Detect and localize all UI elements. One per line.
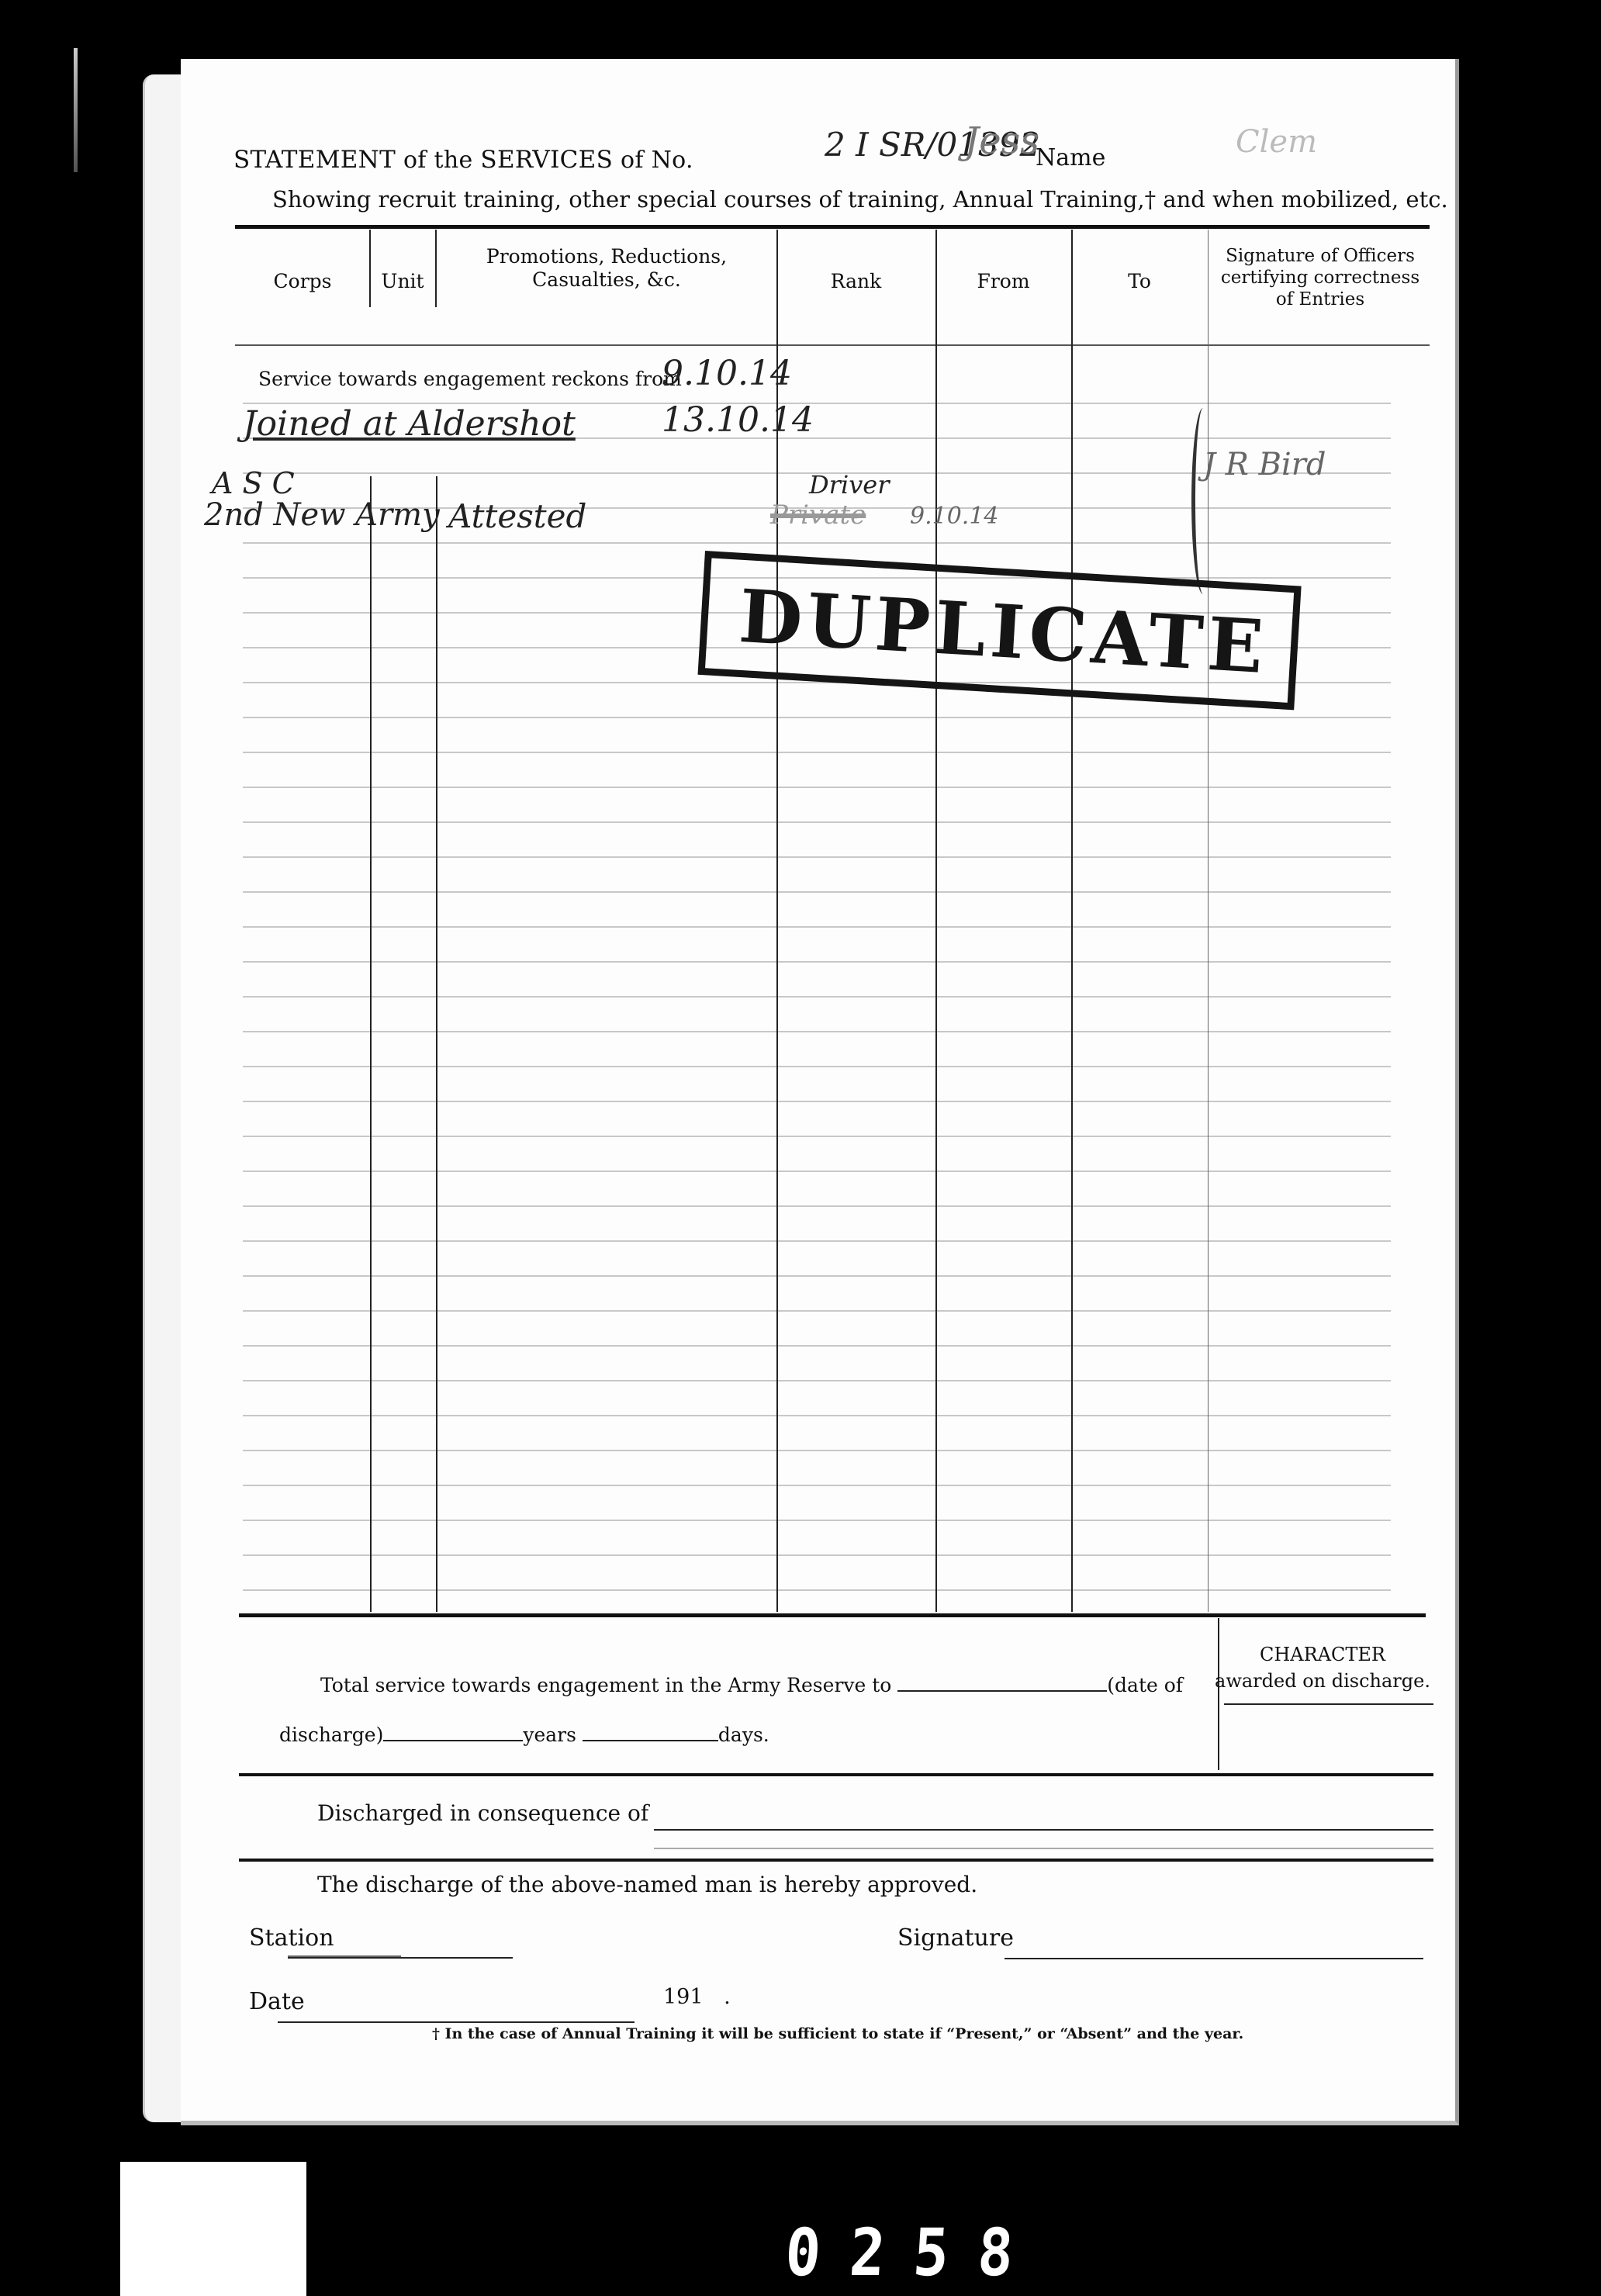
col-header-unit: Unit bbox=[370, 270, 435, 293]
character-label: CHARACTER bbox=[1214, 1641, 1431, 1668]
discharged-reason-field[interactable] bbox=[654, 1829, 1433, 1831]
counter-digit: 8 bbox=[976, 2220, 1015, 2285]
col-header-from: From bbox=[935, 270, 1071, 293]
name-label: Name bbox=[1036, 144, 1105, 171]
title-services: SERVICES bbox=[480, 146, 613, 174]
scan-edge-artifact bbox=[74, 48, 78, 172]
discharged-label: Discharged in consequence of bbox=[317, 1800, 648, 1826]
col-header-corps: Corps bbox=[235, 270, 370, 293]
officer-signature: J R Bird bbox=[1203, 447, 1326, 482]
form-title: STATEMENT of the SERVICES of No. bbox=[233, 146, 693, 174]
station-label: Station bbox=[249, 1924, 334, 1952]
entry-joined: Joined at Aldershot bbox=[243, 404, 576, 444]
col-divider-5 bbox=[1071, 230, 1073, 1612]
duplicate-stamp-text: DUPLICATE bbox=[737, 574, 1271, 690]
total-service-line1: Total service towards engagement in the … bbox=[320, 1674, 1183, 1696]
counter-digit: 0 bbox=[783, 2220, 823, 2285]
signature-label: Signature bbox=[897, 1924, 1014, 1952]
date-of-label: (date of bbox=[1107, 1674, 1183, 1696]
title-of-the: of the bbox=[403, 147, 473, 174]
handwritten-name: Jess bbox=[964, 119, 1039, 163]
service-reckons-label: Service towards engagement reckons from bbox=[258, 368, 682, 390]
discharged-reason-field-2[interactable] bbox=[654, 1848, 1433, 1849]
ruled-entry-area bbox=[243, 369, 1391, 1610]
days-label: days. bbox=[718, 1724, 769, 1746]
entry-unit: 2nd New Army bbox=[204, 497, 440, 533]
total-service-date-field[interactable] bbox=[897, 1690, 1107, 1692]
header-rule bbox=[235, 225, 1430, 229]
counter-digit: 2 bbox=[847, 2220, 887, 2285]
entry-rank-new: Driver bbox=[809, 470, 890, 500]
entry-rank-struck: Private bbox=[770, 500, 866, 531]
col-header-promotions: Promotions, Reductions, Casualties, &c. bbox=[437, 245, 776, 292]
entry-joined-date: 13.10.14 bbox=[662, 400, 814, 440]
years-label: years bbox=[523, 1724, 576, 1746]
white-calibration-block bbox=[120, 2162, 306, 2296]
table-bottom-rule bbox=[239, 1613, 1426, 1617]
col-divider-header-1 bbox=[369, 230, 371, 307]
date-field[interactable] bbox=[278, 2021, 635, 2023]
form-subtitle: Showing recruit training, other special … bbox=[272, 186, 1448, 213]
total-service-label: Total service towards engagement in the … bbox=[320, 1674, 891, 1696]
section-rule-2 bbox=[239, 1859, 1433, 1862]
signature-field[interactable] bbox=[1005, 1958, 1423, 1959]
footnote: † In the case of Annual Training it will… bbox=[432, 2025, 1243, 2042]
years-field[interactable] bbox=[383, 1740, 523, 1741]
title-statement: STATEMENT bbox=[233, 146, 396, 174]
character-field[interactable] bbox=[1224, 1703, 1433, 1705]
section-rule-1 bbox=[239, 1773, 1433, 1776]
total-service-line2: discharge)years days. bbox=[279, 1724, 769, 1746]
year-label: 191 . bbox=[663, 1985, 731, 2009]
column-header-rule bbox=[235, 344, 1430, 346]
counter-digit: 5 bbox=[911, 2220, 951, 2285]
discharge-label: discharge) bbox=[279, 1724, 383, 1746]
entry-from-date: 9.10.14 bbox=[910, 503, 999, 530]
col-header-to: To bbox=[1071, 270, 1208, 293]
document-page: STATEMENT of the SERVICES of No. 2 I SR/… bbox=[181, 59, 1459, 2125]
approval-text: The discharge of the above-named man is … bbox=[317, 1872, 977, 1897]
col-divider-4 bbox=[935, 230, 937, 1612]
frame-counter: 0 2 5 8 bbox=[783, 2220, 1015, 2285]
handwritten-name-faint: Clem bbox=[1236, 124, 1317, 160]
service-reckons-date: 9.10.14 bbox=[662, 354, 792, 393]
col-header-officer-signature: Signature of Officers certifying correct… bbox=[1208, 245, 1433, 310]
date-label: Date bbox=[249, 1988, 305, 2015]
year-suffix: . bbox=[724, 1985, 731, 2009]
col-header-rank: Rank bbox=[776, 270, 935, 293]
col-divider-1 bbox=[370, 476, 372, 1612]
col-divider-2 bbox=[436, 476, 437, 1612]
col-divider-header-2 bbox=[435, 230, 437, 307]
character-header: CHARACTER awarded on discharge. bbox=[1214, 1641, 1431, 1694]
character-awarded-label: awarded on discharge. bbox=[1214, 1668, 1431, 1694]
entry-corps: A S C bbox=[212, 466, 295, 500]
station-field[interactable] bbox=[288, 1957, 513, 1959]
year-prefix: 191 bbox=[663, 1985, 704, 2009]
days-field[interactable] bbox=[583, 1740, 718, 1741]
entry-promotion: Attested bbox=[448, 497, 586, 535]
bracket-mark bbox=[1191, 408, 1215, 594]
title-number-label: of No. bbox=[621, 147, 693, 174]
